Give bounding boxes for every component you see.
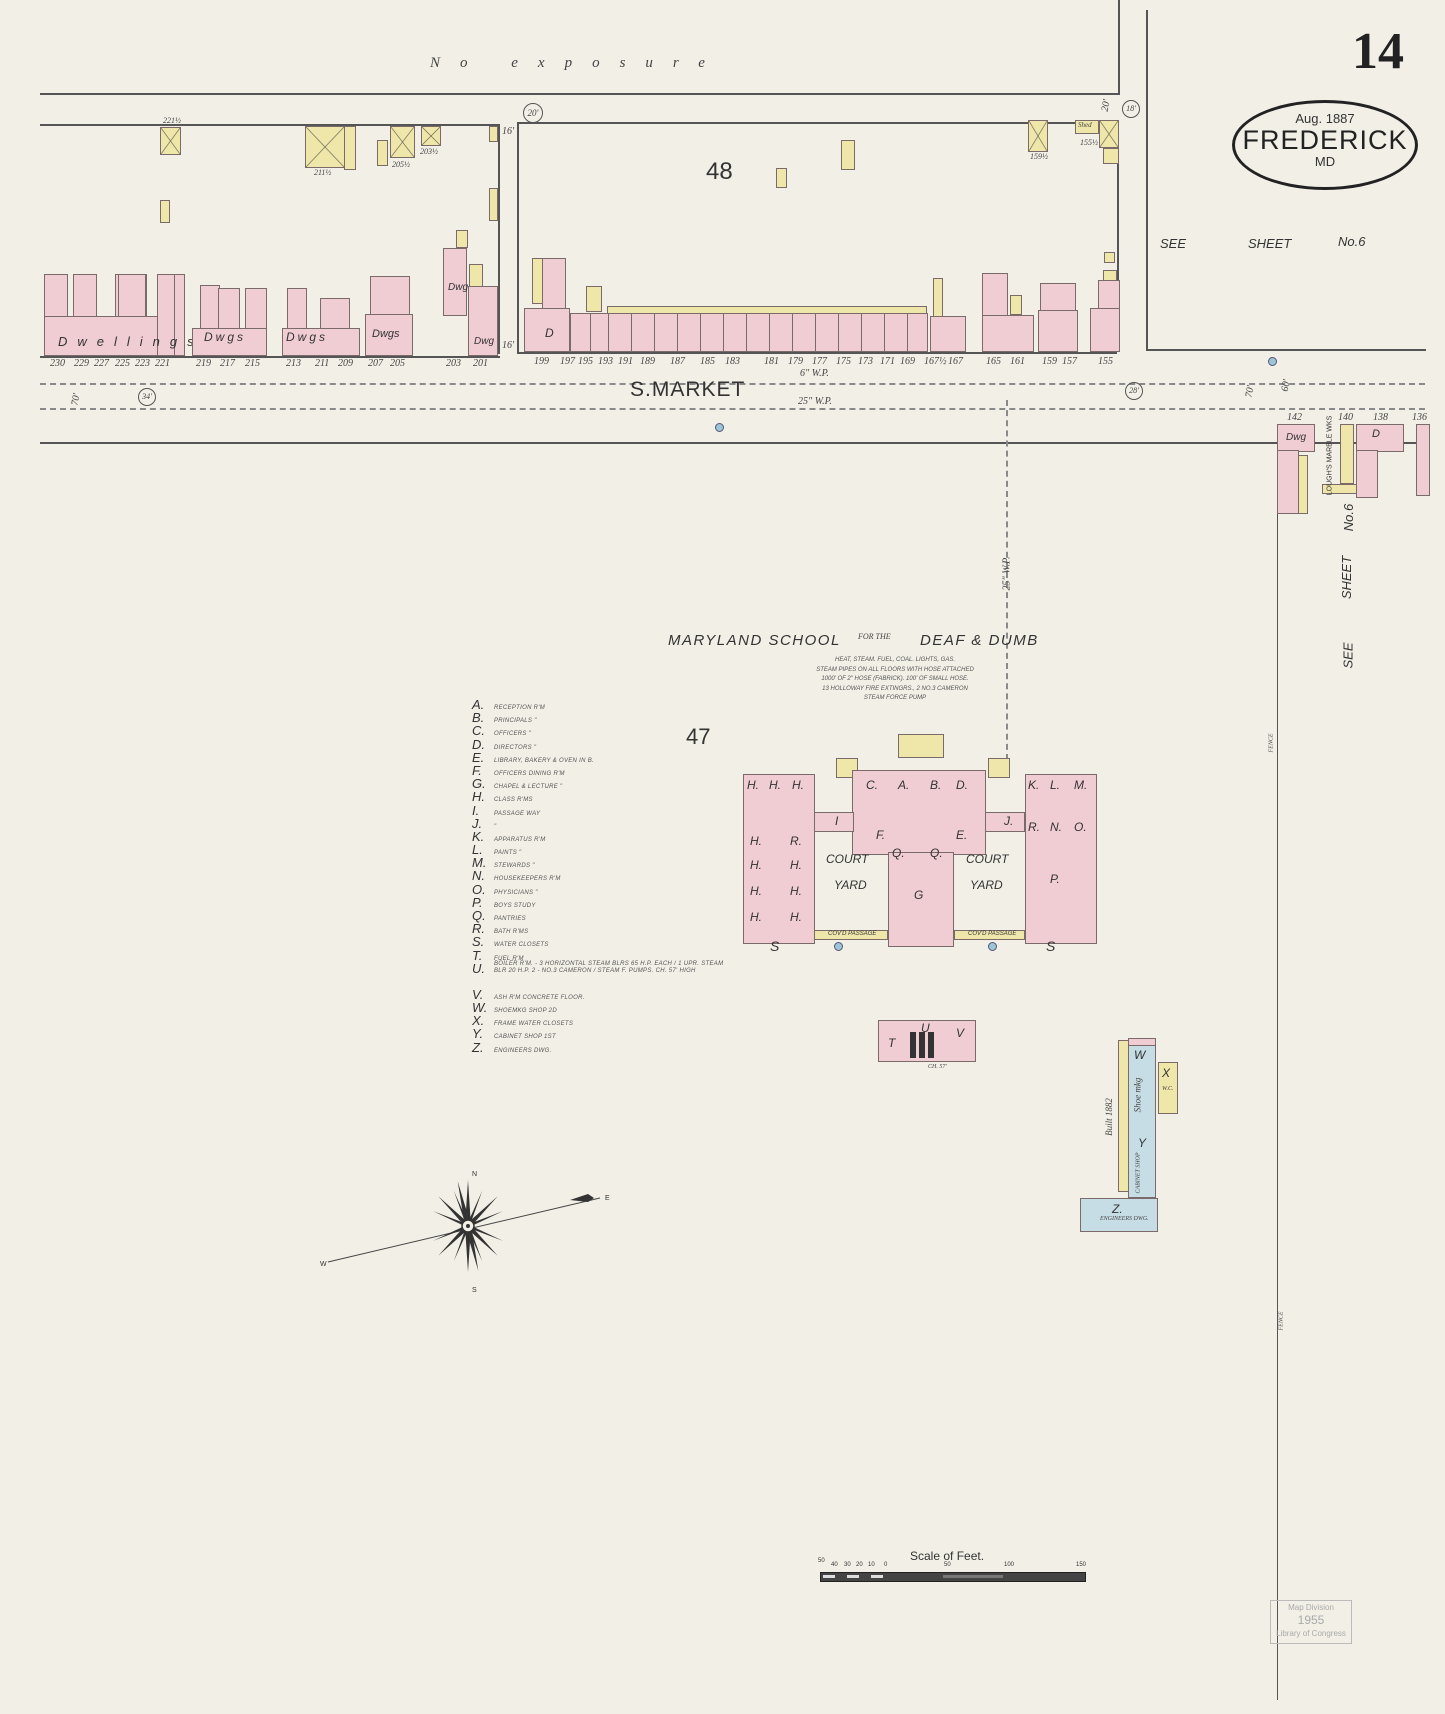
cartouche-city: FREDERICK	[1235, 126, 1415, 154]
cabinet-shop-label: CABINET SHOP	[1136, 1152, 1142, 1193]
rear-address-155-half: 155½	[1080, 138, 1098, 147]
address: 229	[74, 358, 89, 369]
chimney-label: CH. 57'	[928, 1064, 947, 1070]
room-label-e: E.	[956, 828, 967, 842]
room-label-h: H.	[750, 884, 762, 898]
room-label-r: R.	[1028, 820, 1040, 834]
legend-row-m: M.Stewards "	[472, 855, 724, 868]
legend-row-s: S.Water Closets	[472, 934, 724, 947]
cartouche-date: Aug. 1887	[1235, 111, 1415, 126]
scale-title: Scale of Feet.	[910, 1549, 984, 1563]
address: 209	[338, 358, 353, 369]
outbuilding-small-7	[1103, 148, 1119, 164]
address: 155	[1098, 356, 1113, 367]
room-label-h: H.	[790, 884, 802, 898]
porch-167-half	[933, 278, 943, 318]
room-label-h: H.	[790, 858, 802, 872]
library-stamp: Map Division 1955 Library of Congress	[1270, 1600, 1352, 1644]
dwelling-rear-199	[542, 258, 566, 310]
stamp-line-2: 1955	[1271, 1614, 1351, 1627]
address-138: 138	[1373, 412, 1388, 423]
dwelling-195	[590, 313, 610, 352]
scale-tick: 30	[844, 1562, 851, 1568]
dwg-label-203: Dwg	[448, 282, 468, 293]
legend-row-y: Y.Cabinet Shop 1st	[472, 1026, 724, 1039]
alley-width-right: 20'	[1100, 99, 1113, 113]
school-title-2: DEAF & DUMB	[920, 632, 1039, 649]
legend-row-l: L.Paints "	[472, 842, 724, 855]
outbuilding-small-2	[377, 140, 388, 166]
address: 199	[534, 356, 549, 367]
outbuilding-159-half	[1028, 120, 1048, 152]
address: 215	[245, 358, 260, 369]
dwelling-201-porch	[469, 264, 483, 288]
address: 217	[220, 358, 235, 369]
passage-i	[814, 812, 854, 832]
address: 179	[788, 356, 803, 367]
dwelling-138	[1356, 424, 1404, 452]
legend-row-z: Z.Engineers Dwg.	[472, 1040, 724, 1053]
sheet-label-top: SHEET	[1248, 236, 1291, 251]
room-label-b: B.	[930, 778, 941, 792]
loughs-marble-works-label: LOUGH'S MARBLE WKS	[1326, 416, 1333, 496]
alley-north-line-2	[517, 122, 1117, 124]
right-wing	[1025, 774, 1097, 944]
room-label-p: P.	[1050, 872, 1060, 886]
dwelling-165	[982, 315, 1034, 352]
street-width-70-left: 70'	[70, 393, 83, 407]
outbuilding-small-6	[841, 140, 855, 170]
address: 165	[986, 356, 1001, 367]
block-line-vertical-right	[1118, 0, 1120, 95]
legend-row-t: T.Fuel R'm	[472, 948, 724, 961]
sheet-number-ref-top: No.6	[1338, 234, 1365, 249]
outbuilding-155-half	[1099, 120, 1119, 148]
address-140: 140	[1338, 412, 1353, 423]
room-label-w: W	[1134, 1048, 1145, 1062]
rear-address-159-half: 159½	[1030, 152, 1048, 161]
address: 183	[725, 356, 740, 367]
school-building-plan: H. H. H. H. R. H. H. H. H. H. H. I C. A.…	[740, 732, 1100, 947]
address-136: 136	[1412, 412, 1427, 423]
dwg-label-142: Dwg	[1286, 432, 1306, 443]
legend-row-x: X.Frame Water Closets	[472, 1013, 724, 1026]
cov-passage-label-1: COV'D PASSAGE	[828, 931, 876, 937]
porch-195	[586, 286, 602, 312]
school-for-the: FOR THE	[858, 632, 891, 641]
legend-row-p: P.Boys Study	[472, 895, 724, 908]
address: 213	[286, 358, 301, 369]
boilers-icon	[910, 1032, 936, 1058]
legend-row-v: V.Ash R'm Concrete Floor.	[472, 987, 724, 1000]
address: 203	[446, 358, 461, 369]
cov-passage-label-2: COV'D PASSAGE	[968, 931, 1016, 937]
scale-tick: 40	[831, 1562, 838, 1568]
room-label-c: C.	[866, 778, 878, 792]
room-label-d: D.	[956, 778, 968, 792]
dwelling-136	[1416, 424, 1430, 496]
room-label-h: H.	[750, 834, 762, 848]
dwelling-203-porch	[456, 230, 468, 248]
address: 161	[1010, 356, 1025, 367]
room-label-k: K.	[1028, 778, 1039, 792]
court-label-1: COURT	[826, 852, 868, 866]
school-notes: HEAT, STEAM. FUEL, COAL. LIGHTS, GAS. ST…	[740, 656, 1050, 704]
legend-row-n: N.Housekeepers R'm	[472, 868, 724, 881]
school-note: 1000' OF 2" HOSE (FABRICK). 100' OF SMAL…	[740, 675, 1050, 685]
room-label-o: O.	[1074, 820, 1087, 834]
address: 181	[764, 356, 779, 367]
address: 167	[948, 356, 963, 367]
address-142: 142	[1287, 412, 1302, 423]
street-width-60-right: 60'	[1280, 379, 1293, 393]
shed-label: Shed	[1078, 121, 1092, 129]
room-label-q: Q.	[930, 846, 943, 860]
sheet-number: 14	[1352, 22, 1404, 81]
legend-row-e: E.Library, Bakery & Oven in B.	[472, 750, 724, 763]
outbuilding-small-4	[489, 188, 498, 221]
svg-text:E: E	[605, 1195, 610, 1202]
room-label-t: T	[888, 1036, 895, 1050]
dwellings-label-left: Dwellings	[58, 334, 204, 349]
scale-tick: 150	[1076, 1562, 1086, 1568]
scale-bar	[820, 1572, 1086, 1582]
address: 171	[880, 356, 895, 367]
outbuilding-small-5	[776, 168, 787, 188]
alley-east-line	[517, 124, 519, 354]
room-label-h: H.	[769, 778, 781, 792]
fence-line-vertical	[1277, 440, 1278, 1700]
svg-text:W: W	[320, 1261, 327, 1268]
address: 230	[50, 358, 65, 369]
map-border-top-block	[40, 93, 1120, 95]
address: 191	[618, 356, 633, 367]
address: 157	[1062, 356, 1077, 367]
yard-label-1: YARD	[834, 878, 867, 892]
outbuilding-203-half	[421, 126, 441, 146]
alley-west-line	[498, 124, 500, 354]
legend-row-b: B.Principals "	[472, 710, 724, 723]
address: 177	[812, 356, 827, 367]
scale-tick: 20	[856, 1562, 863, 1568]
water-pipe-6-label: 6" W.P.	[800, 368, 829, 379]
porch-161	[1010, 295, 1022, 315]
legend-row-j: J."	[472, 816, 724, 829]
room-label-v: V	[956, 1026, 964, 1040]
address: 189	[640, 356, 655, 367]
room-label-y: Y	[1138, 1136, 1146, 1150]
dwelling-142-porch	[1298, 455, 1308, 514]
shoe-mkg-label: Shoe mkg	[1132, 1078, 1142, 1113]
room-label-f: F.	[876, 828, 885, 842]
legend-row-c: C.Officers "	[472, 723, 724, 736]
scale-ticks: 50 40 30 20 10 0 50 100 150	[818, 1562, 1088, 1572]
room-label-n: N.	[1050, 820, 1062, 834]
dimension-16-b: 16'	[502, 340, 514, 351]
legend-row-w: W.Shoemkg Shop 2d	[472, 1000, 724, 1013]
school-title: MARYLAND SCHOOL	[668, 632, 841, 649]
room-label-h: H.	[790, 910, 802, 924]
compass-n: N	[472, 1171, 477, 1178]
court-label-2: COURT	[966, 852, 1008, 866]
rear-address-203-half: 203½	[420, 147, 438, 156]
compass-rose-icon: N S E W	[320, 1160, 620, 1300]
cartouche-state: MD	[1235, 154, 1415, 169]
room-label-h: H.	[747, 778, 759, 792]
address: 219	[196, 358, 211, 369]
address: 169	[900, 356, 915, 367]
address: 225	[115, 358, 130, 369]
room-label-a: A.	[898, 778, 909, 792]
address: 167½	[924, 356, 947, 367]
legend-row-f: F.Officers Dining R'm	[472, 763, 724, 776]
address: 159	[1042, 356, 1057, 367]
stamp-line-3: Library of Congress	[1271, 1627, 1351, 1640]
room-legend: A.Reception R'm B.Principals " C.Officer…	[472, 697, 724, 1053]
legend-row-r: R.Bath R'ms	[472, 921, 724, 934]
address: 201	[473, 358, 488, 369]
legend-row-k: K.Apparatus R'm	[472, 829, 724, 842]
sheet-ref-no-right: No.6	[1341, 504, 1356, 531]
address: 223	[135, 358, 150, 369]
hydrant-icon	[715, 423, 724, 432]
alley-width-circle: 20'	[523, 103, 543, 123]
rear-address-205-half: 205½	[392, 160, 410, 169]
hydrant-icon	[1268, 357, 1277, 366]
dwelling-rear-165	[982, 273, 1008, 317]
title-cartouche: Aug. 1887 FREDERICK MD	[1232, 100, 1418, 190]
dwelling-167	[930, 316, 966, 352]
room-label-l: L.	[1050, 778, 1060, 792]
room-label-j: J.	[1004, 814, 1013, 828]
legend-row-h: H.Class R'ms	[472, 789, 724, 802]
address: 205	[390, 358, 405, 369]
legend-row-q: Q.Pantries	[472, 908, 724, 921]
legend-row-d: D.Directors "	[472, 737, 724, 750]
address: 197	[560, 356, 575, 367]
scale-tick: 0	[884, 1562, 887, 1568]
address: 195	[578, 356, 593, 367]
address: 185	[700, 356, 715, 367]
address-row-left: 230 229 227 225 223 221 219 217 215 213 …	[50, 358, 500, 372]
scale-tick: 10	[868, 1562, 875, 1568]
room-label-h: H.	[750, 910, 762, 924]
built-1882-label: Built 1882	[1104, 1098, 1114, 1136]
room-label-m: M.	[1074, 778, 1087, 792]
room-label-g: G	[914, 888, 923, 902]
fence-label-1: FENCE	[1269, 734, 1275, 753]
legend-row-a: A.Reception R'm	[472, 697, 724, 710]
address: 221	[155, 358, 170, 369]
room-label-z: Z.	[1112, 1202, 1123, 1216]
outbuilding-211-half-side	[344, 126, 356, 170]
room-label-h: H.	[792, 778, 804, 792]
address: 187	[670, 356, 685, 367]
east-block-south-line	[1146, 349, 1426, 351]
scale-tick: 100	[1004, 1562, 1014, 1568]
hydrant-icon	[988, 942, 997, 951]
address: 173	[858, 356, 873, 367]
dwgs-label-3: Dwgs	[372, 328, 400, 340]
street-circle-left: 34'	[138, 388, 156, 406]
water-pipe-25-label: 25" W.P.	[798, 396, 832, 407]
room-label-x: X	[1162, 1066, 1170, 1080]
outbuilding-205-half	[390, 126, 415, 158]
street-width-70-right: 70'	[1244, 385, 1257, 399]
address: 227	[94, 358, 109, 369]
outbuilding-small-3	[489, 126, 498, 142]
outbuilding-211-half	[305, 126, 345, 168]
engineers-label: ENGINEERS DWG.	[1100, 1216, 1149, 1222]
scale-tick: 50	[944, 1562, 951, 1568]
dimension-16-a: 16'	[502, 126, 514, 137]
room-label-i: I	[835, 814, 838, 828]
shop-w-y	[1128, 1040, 1156, 1198]
see-label-top: SEE	[1160, 236, 1186, 251]
school-note: HEAT, STEAM. FUEL, COAL. LIGHTS, GAS.	[740, 656, 1050, 666]
dwgs-label-1: Dwgs	[204, 330, 246, 344]
d-label-138: D	[1372, 428, 1380, 440]
room-label-h: H.	[750, 858, 762, 872]
alley-circle-right: 18'	[1122, 100, 1140, 118]
sheet-ref-see-right: SEE	[1341, 642, 1356, 668]
shop-w-roof	[1128, 1038, 1156, 1046]
room-label-q: Q.	[892, 846, 905, 860]
school-note: STEAM PIPES ON ALL FLOORS WITH HOSE ATTA…	[740, 666, 1050, 676]
dwgs-label-2: Dwgs	[286, 330, 328, 344]
dwg-label-201: Dwg	[474, 336, 494, 347]
tower-right	[988, 758, 1010, 778]
dwelling-138-rear	[1356, 450, 1378, 498]
block-number-48: 48	[706, 158, 733, 186]
outbuilding-221-half	[160, 127, 181, 155]
school-note: STEAM FORCE PUMP	[740, 694, 1050, 704]
room-label-u: U	[921, 1021, 930, 1035]
street-circle-right: 28'	[1125, 382, 1143, 400]
rear-address-221-half: 221½	[163, 116, 181, 125]
water-closet-s-left: S	[770, 938, 779, 954]
street-south-line	[40, 442, 1425, 444]
d-label-199: D	[545, 326, 554, 340]
water-pipe-vertical-label: 25" W.P.	[1001, 557, 1012, 591]
address: 193	[598, 356, 613, 367]
svg-text:S: S	[472, 1287, 477, 1294]
school-note: 13 HOLLOWAY FIRE EXTINGRS., 2 NO.3 CAMER…	[740, 685, 1050, 695]
no-exposure-note: No exposure	[430, 55, 725, 72]
sheet-ref-sheet-right: SHEET	[1339, 556, 1354, 599]
legend-row-u: U.Boiler R'm. - 3 Horizontal Steam Blrs …	[472, 961, 724, 987]
dwelling-155	[1090, 308, 1120, 352]
hydrant-icon	[834, 942, 843, 951]
rear-annex	[898, 734, 944, 758]
outbuilding-small-8	[1104, 252, 1115, 263]
address: 207	[368, 358, 383, 369]
frontage-line-middle	[517, 352, 1117, 354]
outbuilding-small-1	[160, 200, 170, 223]
legend-row-i: I.Passage Way	[472, 803, 724, 816]
yard-label-2: YARD	[970, 878, 1003, 892]
fence-label-2: FENCE	[1279, 1312, 1285, 1331]
block-line-vertical-east	[1146, 10, 1148, 350]
scale-tick: 50	[818, 1558, 825, 1564]
dwelling-rear-155	[1098, 280, 1120, 310]
room-label-r: R.	[790, 834, 802, 848]
dwelling-142-rear	[1277, 450, 1299, 514]
marble-works	[1340, 424, 1354, 484]
address: 175	[836, 356, 851, 367]
rear-address-211-half: 211½	[314, 168, 331, 177]
street-name-s-market: S.MARKET	[630, 378, 745, 402]
wc-label: W.C.	[1162, 1086, 1173, 1092]
water-closet-s-right: S	[1046, 938, 1055, 954]
dwelling-159-157	[1038, 310, 1078, 352]
row-houses-193-169	[608, 313, 928, 352]
legend-row-o: O.Physicians "	[472, 882, 724, 895]
dwelling-197	[570, 313, 592, 352]
water-pipe-south	[40, 408, 1425, 410]
legend-row-g: G.Chapel & Lecture "	[472, 776, 724, 789]
address: 211	[315, 358, 329, 369]
